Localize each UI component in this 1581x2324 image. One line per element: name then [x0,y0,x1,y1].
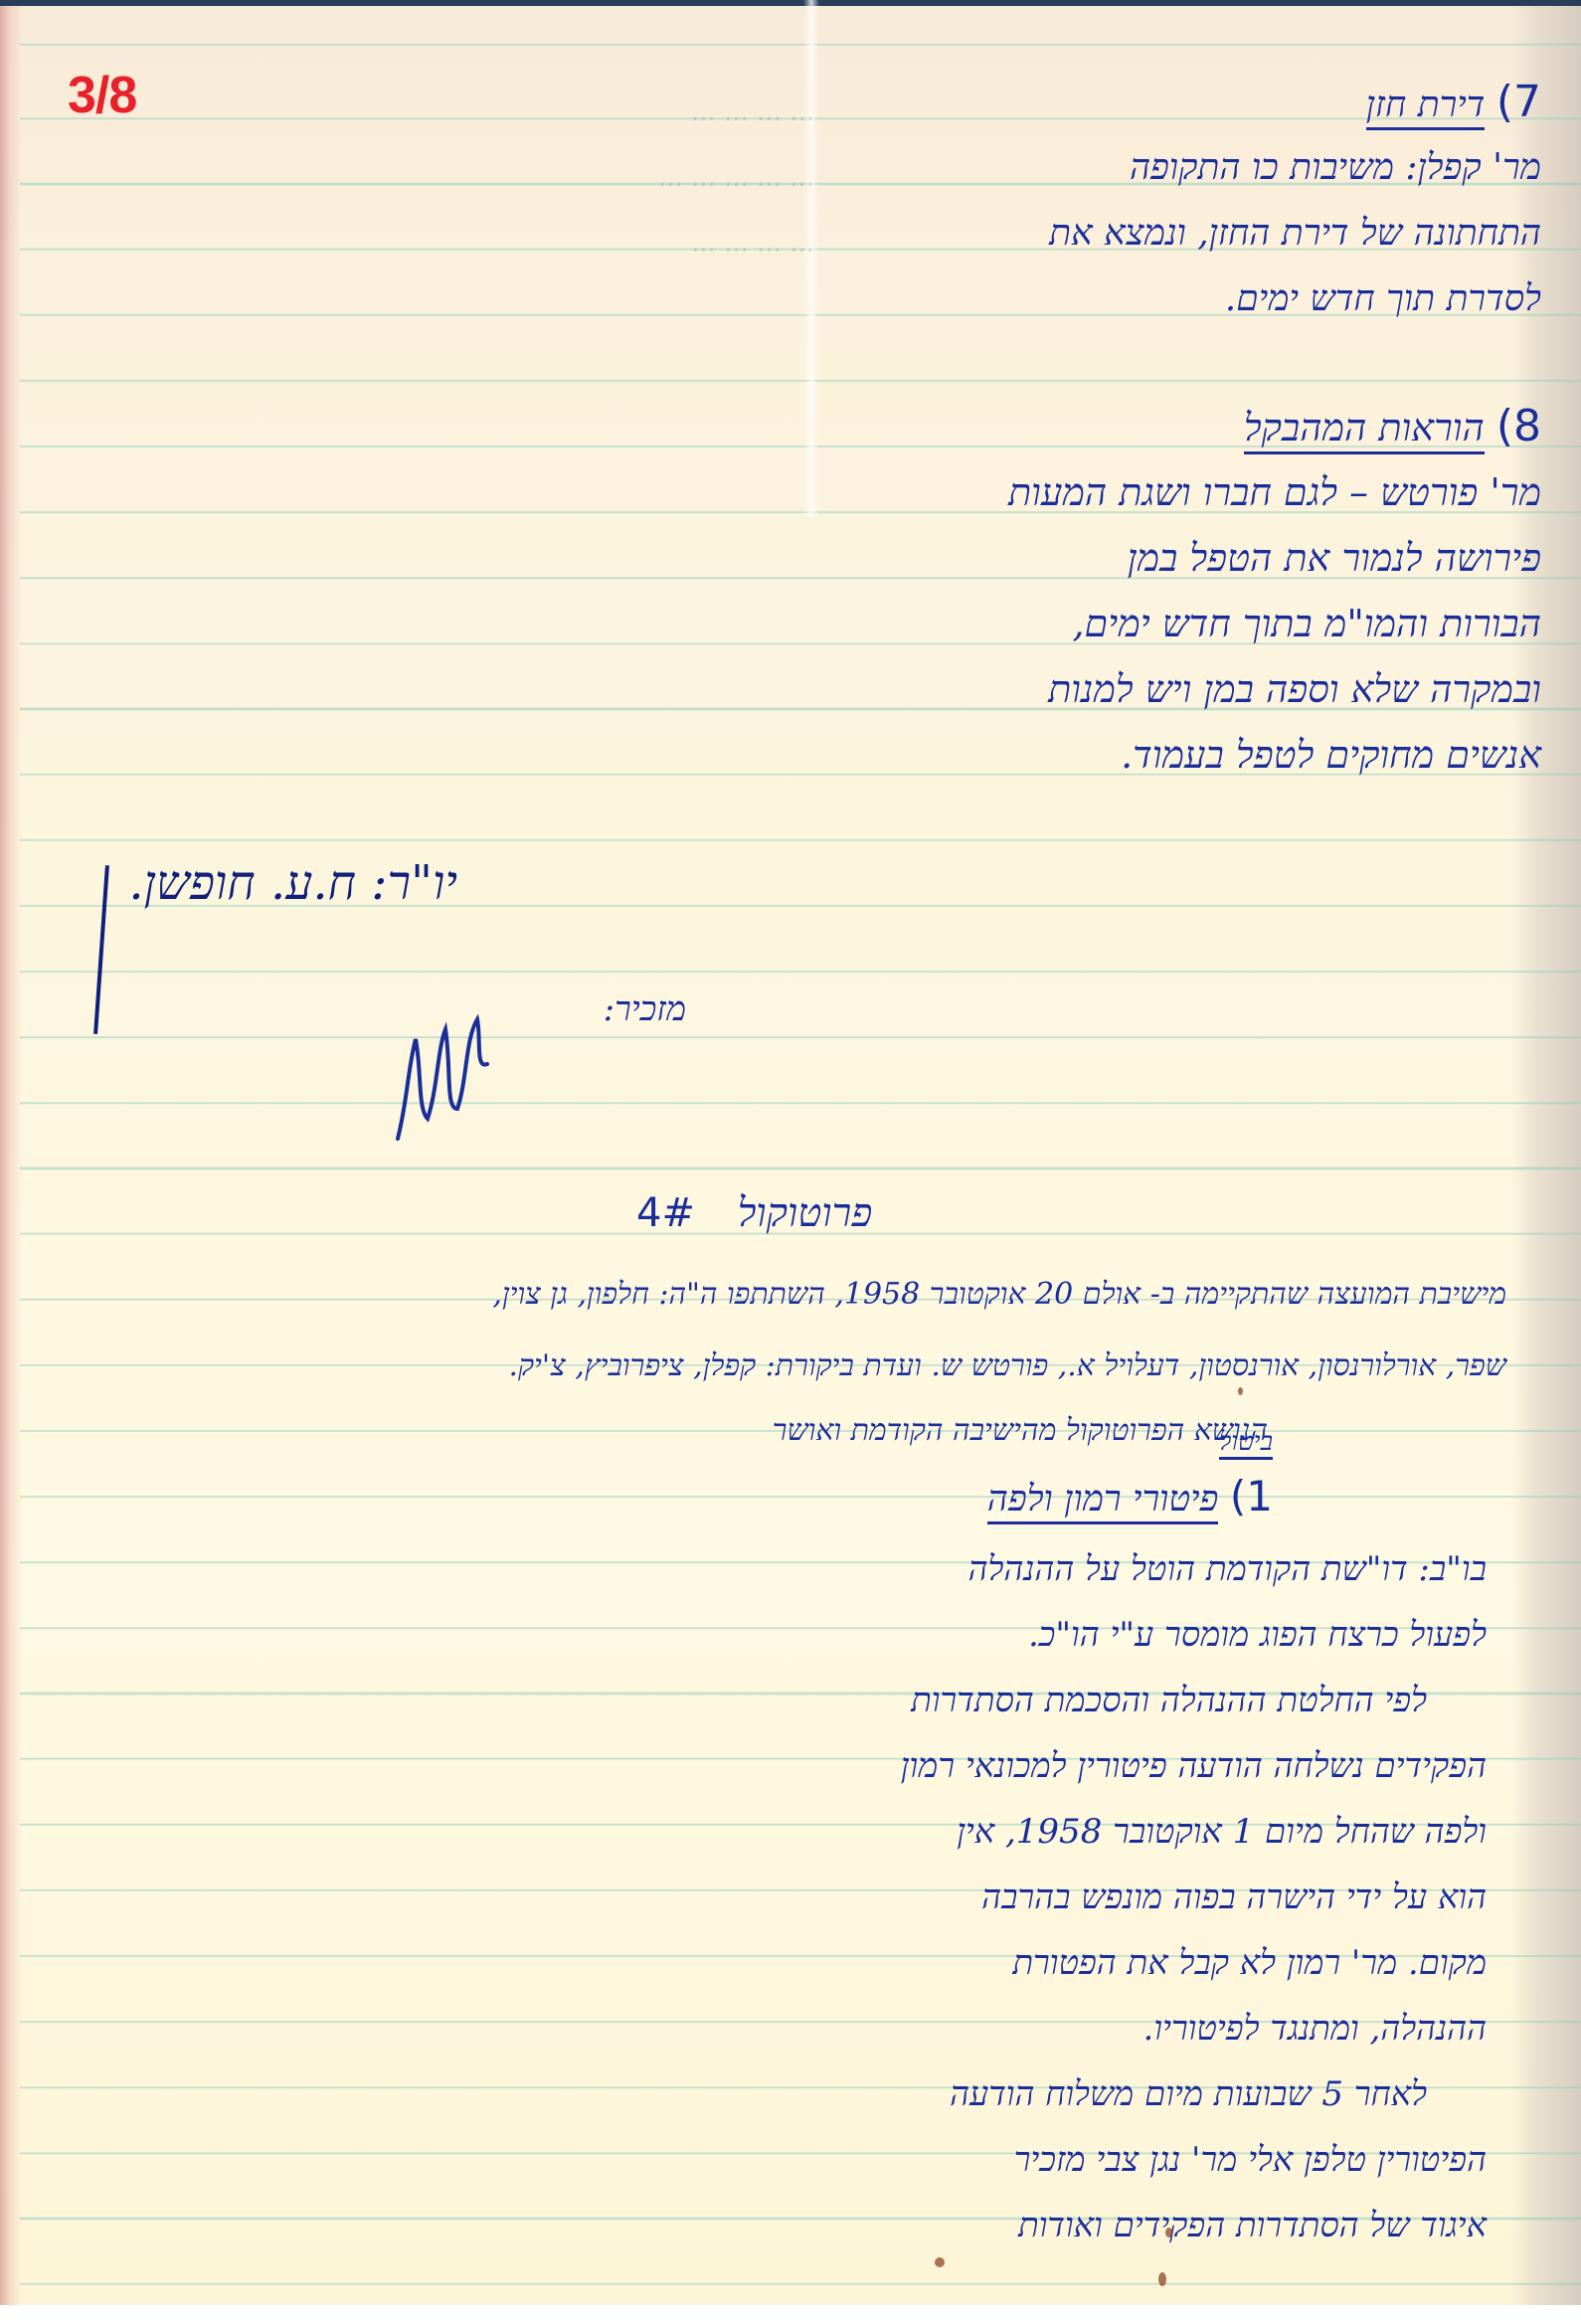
protocol-title: פרוטוקול [738,1190,873,1236]
item-1-line: לפעול כרצח הפוג מומסר ע"י הו"כ. [771,1602,1487,1668]
item-1-line: ולפה שהחל מיום 1 אוקטובר 1958, אין [771,1799,1487,1865]
section-7-title: דירת חזן [1366,85,1486,130]
section-7-line: מר' קפלן: משיבות כו התקופה [925,135,1541,201]
protocol-intro-line: שפר, אורלורנסון, אורנסטון, דעלויל א., פו… [35,1335,1506,1398]
ink-stain [1238,1387,1243,1395]
section-8-line: אנשים מחוקים לטפל בעמוד. [786,722,1541,788]
section-7-line: התחתונה של דירת החזן, ונמצא את [925,201,1541,267]
item-1-line: ההנהלה, ומתנגד לפיטוריו. [771,1996,1487,2061]
protocol-intro: מישיבת המועצה שהתקיימה ב- אולם 20 אוקטוב… [35,1255,1506,1464]
section-8-heading: 8) הוראות המהבקל [786,394,1541,459]
protocol-intro-line: מישיבת המועצה שהתקיימה ב- אולם 20 אוקטוב… [35,1255,1506,1335]
protocol-intro-line: הנושא הפרוטוקול מהישיבה הקודמת ואושר [35,1398,1506,1464]
item-1-line: לפי החלטת ההנהלה והסכמת הסתדרות [771,1668,1487,1733]
item-1-line: הוא על ידי הישרה בפוה מונפש בהרבה [771,1865,1487,1930]
chair-name: ח.ע. חופשן. [128,855,356,911]
item-1-line: לאחר 5 שבועות מיום משלוח הודעה [771,2061,1487,2127]
bleed-through-text: ... ... ... ... ... ... ... ... ... ... … [60,80,815,276]
chair-label: יו"ר: [371,855,457,911]
ink-stain [1158,2272,1166,2286]
section-8-line: ובמקרה שלא וספה במן ויש למנות [786,656,1541,722]
item-1-line: הפיטורין טלפן אלי מר' נגן צבי מזכיר [771,2127,1487,2193]
bleed-line: ... ... ... ... ... [60,145,815,211]
item-1-line: בו"ב: דו"שת הקודמת הוטל על ההנהלה [771,1536,1487,1602]
section-7-line: לסדרת תוך חדש ימים. [925,267,1541,332]
section-7-number: 7) [1496,77,1541,127]
item-1-line: הפקידים נשלחה הודעה פיטורין למכונאי רמון [771,1733,1487,1799]
section-7: 7) דירת חזן מר' קפלן: משיבות כו התקופה ה… [925,70,1541,332]
section-8-line: הבורות והמו"מ בתוך חדש ימים, [786,591,1541,656]
protocol-header: פרוטוקול 4# [636,1189,872,1236]
section-8-title: הוראות המהבקל [1244,406,1485,454]
secretary-signature-line: מזכיר: [604,989,686,1029]
bleed-line: ... ... ... ... [60,80,815,145]
secretary-signature-icon [388,1009,497,1149]
item-1-heading: 1) פיטורי רמון ולפה [987,1472,1273,1520]
item-1-supra: ביטול [1219,1427,1273,1460]
section-7-heading: 7) דירת חזן [925,70,1541,135]
item-1-line: מקום. מר' רמון לא קבל את הפטורת [771,1930,1487,1996]
section-8-number: 8) [1496,401,1541,451]
notebook-page: 3/8 ... ... ... ... ... ... ... ... ... … [0,0,1581,2305]
secretary-label: מזכיר: [604,989,686,1029]
chair-signature-line: יו"ר: ח.ע. חופשן. [128,855,457,911]
ink-stain [935,2257,945,2267]
bleed-line: ... ... ... ... [60,211,815,276]
section-8-line: מר' פורטש – לגם חברו ושגת המעות [786,459,1541,525]
item-1-number: 1) [1230,1472,1273,1520]
ink-stain [1165,2228,1172,2237]
section-8: 8) הוראות המהבקל מר' פורטש – לגם חברו וש… [786,394,1541,788]
protocol-number: 4# [636,1190,695,1236]
item-1-body: בו"ב: דו"שת הקודמת הוטל על ההנהלה לפעול … [771,1536,1487,2258]
item-1-title: פיטורי רמון ולפה [987,1479,1219,1524]
section-8-line: פירושה לנמור את הטפל במן [786,525,1541,591]
item-1-line: איגוד של הסתדרות הפקידים ואודות [771,2193,1487,2258]
